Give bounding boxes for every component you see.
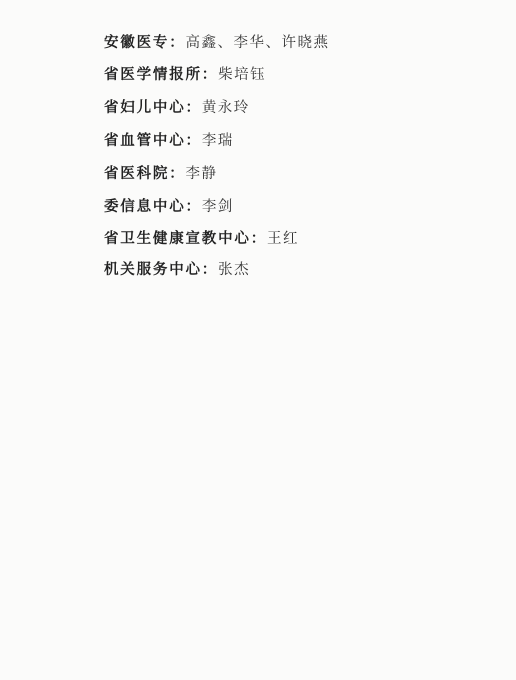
org-label: 省医学情报所： [104, 67, 218, 83]
org-label: 委信息中心： [104, 199, 202, 215]
entry-line: 安徽医专：高鑫、李华、许晓燕 [104, 34, 330, 52]
entry-line: 机关服务中心：张杰 [104, 261, 250, 279]
entry-line: 委信息中心：李剑 [104, 198, 234, 216]
names: 柴培钰 [218, 67, 266, 83]
entry-line: 省卫生健康宣教中心：王红 [104, 230, 299, 248]
names: 张杰 [218, 262, 250, 278]
org-label: 安徽医专： [104, 35, 186, 51]
entry-line: 省医科院：李静 [104, 165, 218, 183]
org-label: 省血管中心： [104, 133, 202, 149]
names: 高鑫、李华、许晓燕 [186, 35, 330, 51]
entry-line: 省医学情报所：柴培钰 [104, 66, 266, 84]
names: 黄永玲 [202, 100, 250, 116]
names: 李剑 [202, 199, 234, 215]
names: 李静 [186, 166, 218, 182]
entry-line: 省妇儿中心：黄永玲 [104, 99, 250, 117]
entry-line: 省血管中心：李瑞 [104, 132, 234, 150]
org-label: 机关服务中心： [104, 262, 218, 278]
org-label: 省卫生健康宣教中心： [104, 231, 267, 247]
org-label: 省妇儿中心： [104, 100, 202, 116]
names: 王红 [267, 231, 299, 247]
names: 李瑞 [202, 133, 234, 149]
org-label: 省医科院： [104, 166, 186, 182]
